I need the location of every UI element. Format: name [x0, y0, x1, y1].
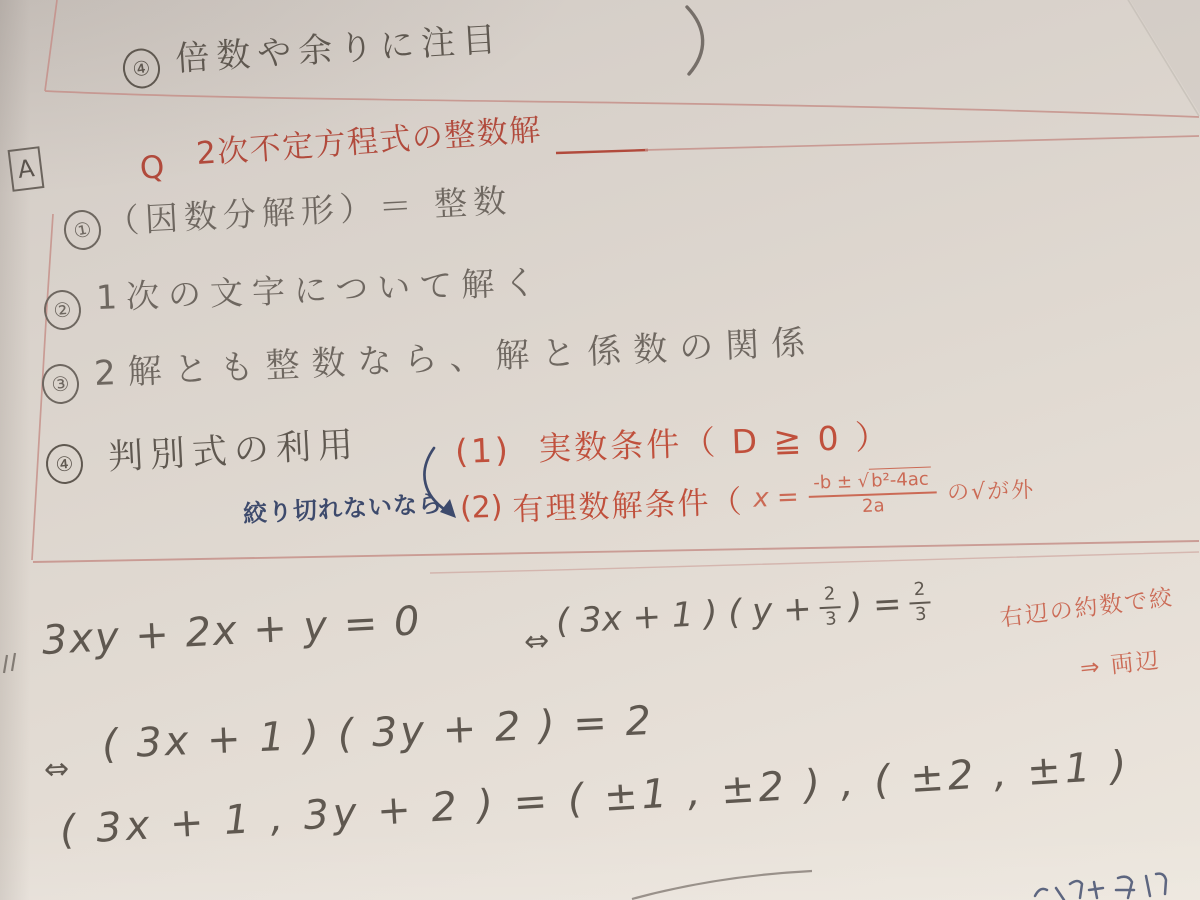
circled-number-4-top: ④: [120, 46, 163, 92]
condition-2-x: x =: [753, 482, 799, 514]
closing-paren-stroke: [687, 7, 703, 74]
frac-b-den: 3: [915, 604, 928, 625]
fraction-two-thirds-b: 2 3: [908, 580, 932, 625]
condition-2-tail: の√が外: [947, 473, 1036, 507]
circled-number-1: ①: [61, 207, 104, 253]
notebook-page: ④ 倍数や余りに注目 A Q 2次不定方程式の整数解 ① （因数分解形）＝ 整数…: [0, 0, 1200, 900]
formula-num-prefix: -b ±: [813, 471, 852, 493]
condition-2-label: (2): [459, 490, 503, 526]
iff-symbol-2: ⇔: [43, 751, 70, 787]
item-3: ③: [42, 364, 79, 404]
bottom-pencil-curve: [632, 871, 812, 899]
condition-2-text: 有理数解条件（: [512, 476, 744, 529]
formula-numerator: -b ± √b²-4ac: [808, 470, 937, 497]
pencil-marks: [4, 653, 15, 673]
bottom-blue-fragment: [1035, 874, 1166, 900]
quadratic-formula-fraction: -b ± √b²-4ac 2a: [808, 470, 938, 518]
iff-symbol-1: ⇔: [523, 623, 551, 660]
frac-b-num: 2: [908, 580, 931, 604]
frac-a-den: 3: [825, 608, 838, 629]
item-2: ②: [44, 290, 81, 330]
item-1: ①: [64, 210, 101, 250]
circled-number-2: ②: [42, 288, 83, 332]
circled-number-3: ③: [40, 362, 81, 406]
radical-sign: √: [857, 470, 869, 491]
condition-1-label: (1): [454, 430, 511, 471]
formula-denominator: 2a: [862, 495, 885, 517]
section-badge: A: [10, 148, 42, 190]
page-edge: [1127, 0, 1200, 116]
fraction-two-thirds-a: 2 3: [818, 585, 842, 630]
eq1b-mid: ) =: [848, 584, 903, 627]
formula-radicand: b²-4ac: [869, 466, 932, 491]
circled-number-4: ④: [44, 442, 85, 486]
item-4: ④: [46, 444, 83, 484]
frac-a-num: 2: [818, 585, 841, 609]
q-mark: Q: [138, 149, 165, 187]
badge-a-label: A: [8, 146, 45, 192]
